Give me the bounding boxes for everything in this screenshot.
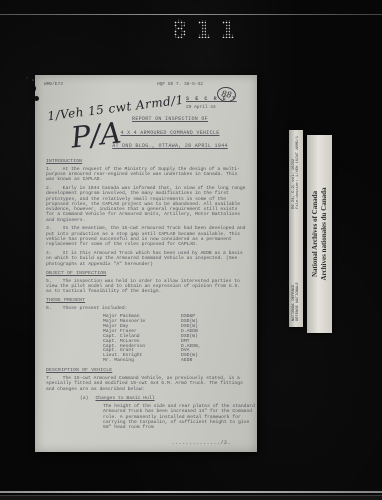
paragraph-text: The inspection was held in order to allo… bbox=[46, 279, 240, 295]
paragraph-5: 5.The inspection was held in order to al… bbox=[46, 279, 247, 295]
paragraph-number: 6. bbox=[46, 306, 52, 311]
doc-date: 29 April 44 bbox=[186, 105, 216, 110]
archives-label-line-1: National Archives of Canada bbox=[311, 191, 320, 277]
archives-label-strip: National Archives of Canada Archives nat… bbox=[307, 135, 332, 333]
doc-title-line-2: 4 X 4 ARMOURED COMMAND VEHICLE bbox=[80, 130, 260, 136]
paragraph-4: 4.It is this Armoured Truck which has be… bbox=[46, 251, 247, 267]
subsection-a-header: (a)Changes to Basic Hull bbox=[80, 396, 247, 401]
subsection-a: (a)Changes to Basic Hull The height of t… bbox=[80, 396, 247, 431]
reference-label-text: NATIONAL DEFENCE DÉFENSE NATIONALE RG 24… bbox=[289, 130, 303, 327]
subsection-a-label: (a) bbox=[80, 396, 88, 401]
microfilm-frame: 811 WMD/E73 HQF SD 7. 38-5-32 S E C R E … bbox=[0, 0, 382, 500]
paragraph-text: The 15-cwt Armoured Command Vehicle, as … bbox=[46, 376, 243, 392]
document-page: WMD/E73 HQF SD 7. 38-5-32 S E C R E T 29… bbox=[35, 75, 257, 452]
ink-blot-large bbox=[27, 84, 36, 93]
ink-blot-small bbox=[34, 96, 39, 101]
section-heading-those-present: THOSE PRESENT bbox=[46, 298, 247, 303]
paragraph-text: At the request of the Ministry of Supply… bbox=[46, 167, 240, 183]
paragraph-6: 6.Those present included: bbox=[46, 306, 247, 311]
reference-file-block: RG 24, C-2, vol. 16292 File/dossier: 1/V… bbox=[292, 130, 301, 215]
paragraph-number: 5. bbox=[46, 279, 52, 284]
ink-speck bbox=[32, 79, 34, 81]
paragraph-text: In the meantime, the 15-cwt Armoured Tru… bbox=[46, 226, 245, 247]
paragraph-1: 1.At the request of the Ministry of Supp… bbox=[46, 167, 247, 183]
frame-number: 811 bbox=[0, 15, 382, 44]
doc-title-line-1: REPORT ON INSPECTION OF bbox=[80, 116, 260, 122]
paragraph-number: 3. bbox=[46, 226, 52, 231]
film-bottom-line bbox=[0, 491, 382, 493]
paragraph-3: 3.In the meantime, the 15-cwt Armoured T… bbox=[46, 226, 247, 247]
archives-label-line-2: Archives nationales du Canada bbox=[320, 187, 329, 280]
doc-ref-left: WMD/E73 bbox=[44, 82, 63, 87]
subsection-a-text: The height of the side and rear plates o… bbox=[103, 404, 255, 430]
paragraph-7: 7.The 15-cwt Armoured Command Vehicle, a… bbox=[46, 376, 247, 392]
section-heading-introduction: INTRODUCTION bbox=[46, 159, 247, 164]
attendee-unit: AEDB bbox=[181, 359, 192, 364]
reference-dept-block: NATIONAL DEFENCE DÉFENSE NATIONALE bbox=[292, 276, 301, 327]
paragraph-text: Those present included: bbox=[63, 306, 128, 311]
reference-label-strip: NATIONAL DEFENCE DÉFENSE NATIONALE RG 24… bbox=[289, 130, 303, 327]
doc-title-line-3: AT DND BLDG., OTTAWA, 28 APRIL 1944 bbox=[80, 143, 260, 149]
doc-body: INTRODUCTION 1.At the request of the Min… bbox=[46, 159, 247, 430]
paragraph-text: Early in 1944 Canada was informed that, … bbox=[46, 186, 245, 223]
reference-file-line: File/dossier: 1/VEH 15CWT ARMD/1 bbox=[296, 136, 300, 209]
attendees-list: Major PackmanDSD&P Major MassoerleDSD(W)… bbox=[103, 315, 247, 364]
paragraph-text: It is this Armoured Truck which has been… bbox=[46, 251, 243, 267]
reference-dept-line-2: DÉFENSE NATIONALE bbox=[296, 282, 300, 321]
subsection-a-heading: Changes to Basic Hull bbox=[95, 396, 154, 401]
section-heading-description-of-vehicle: DESCRIPTION OF VEHICLE bbox=[46, 368, 247, 373]
archives-label-text: National Archives of Canada Archives nat… bbox=[307, 135, 332, 333]
ink-speck bbox=[26, 77, 28, 79]
attendee-name: Mr. Manning bbox=[103, 359, 181, 364]
paragraph-2: 2.Early in 1944 Canada was informed that… bbox=[46, 186, 247, 223]
doc-ref-right: HQF SD 7. 38-5-32 bbox=[157, 82, 203, 87]
page-continuation-marker: ............../2. bbox=[171, 440, 231, 446]
doc-title-block: REPORT ON INSPECTION OF 4 X 4 ARMOURED C… bbox=[80, 116, 260, 157]
film-bottom-edge bbox=[0, 496, 382, 500]
section-heading-object-of-inspection: OBJECT OF INSPECTION bbox=[46, 271, 247, 276]
attendee-row: Mr. ManningAEDB bbox=[103, 359, 247, 364]
